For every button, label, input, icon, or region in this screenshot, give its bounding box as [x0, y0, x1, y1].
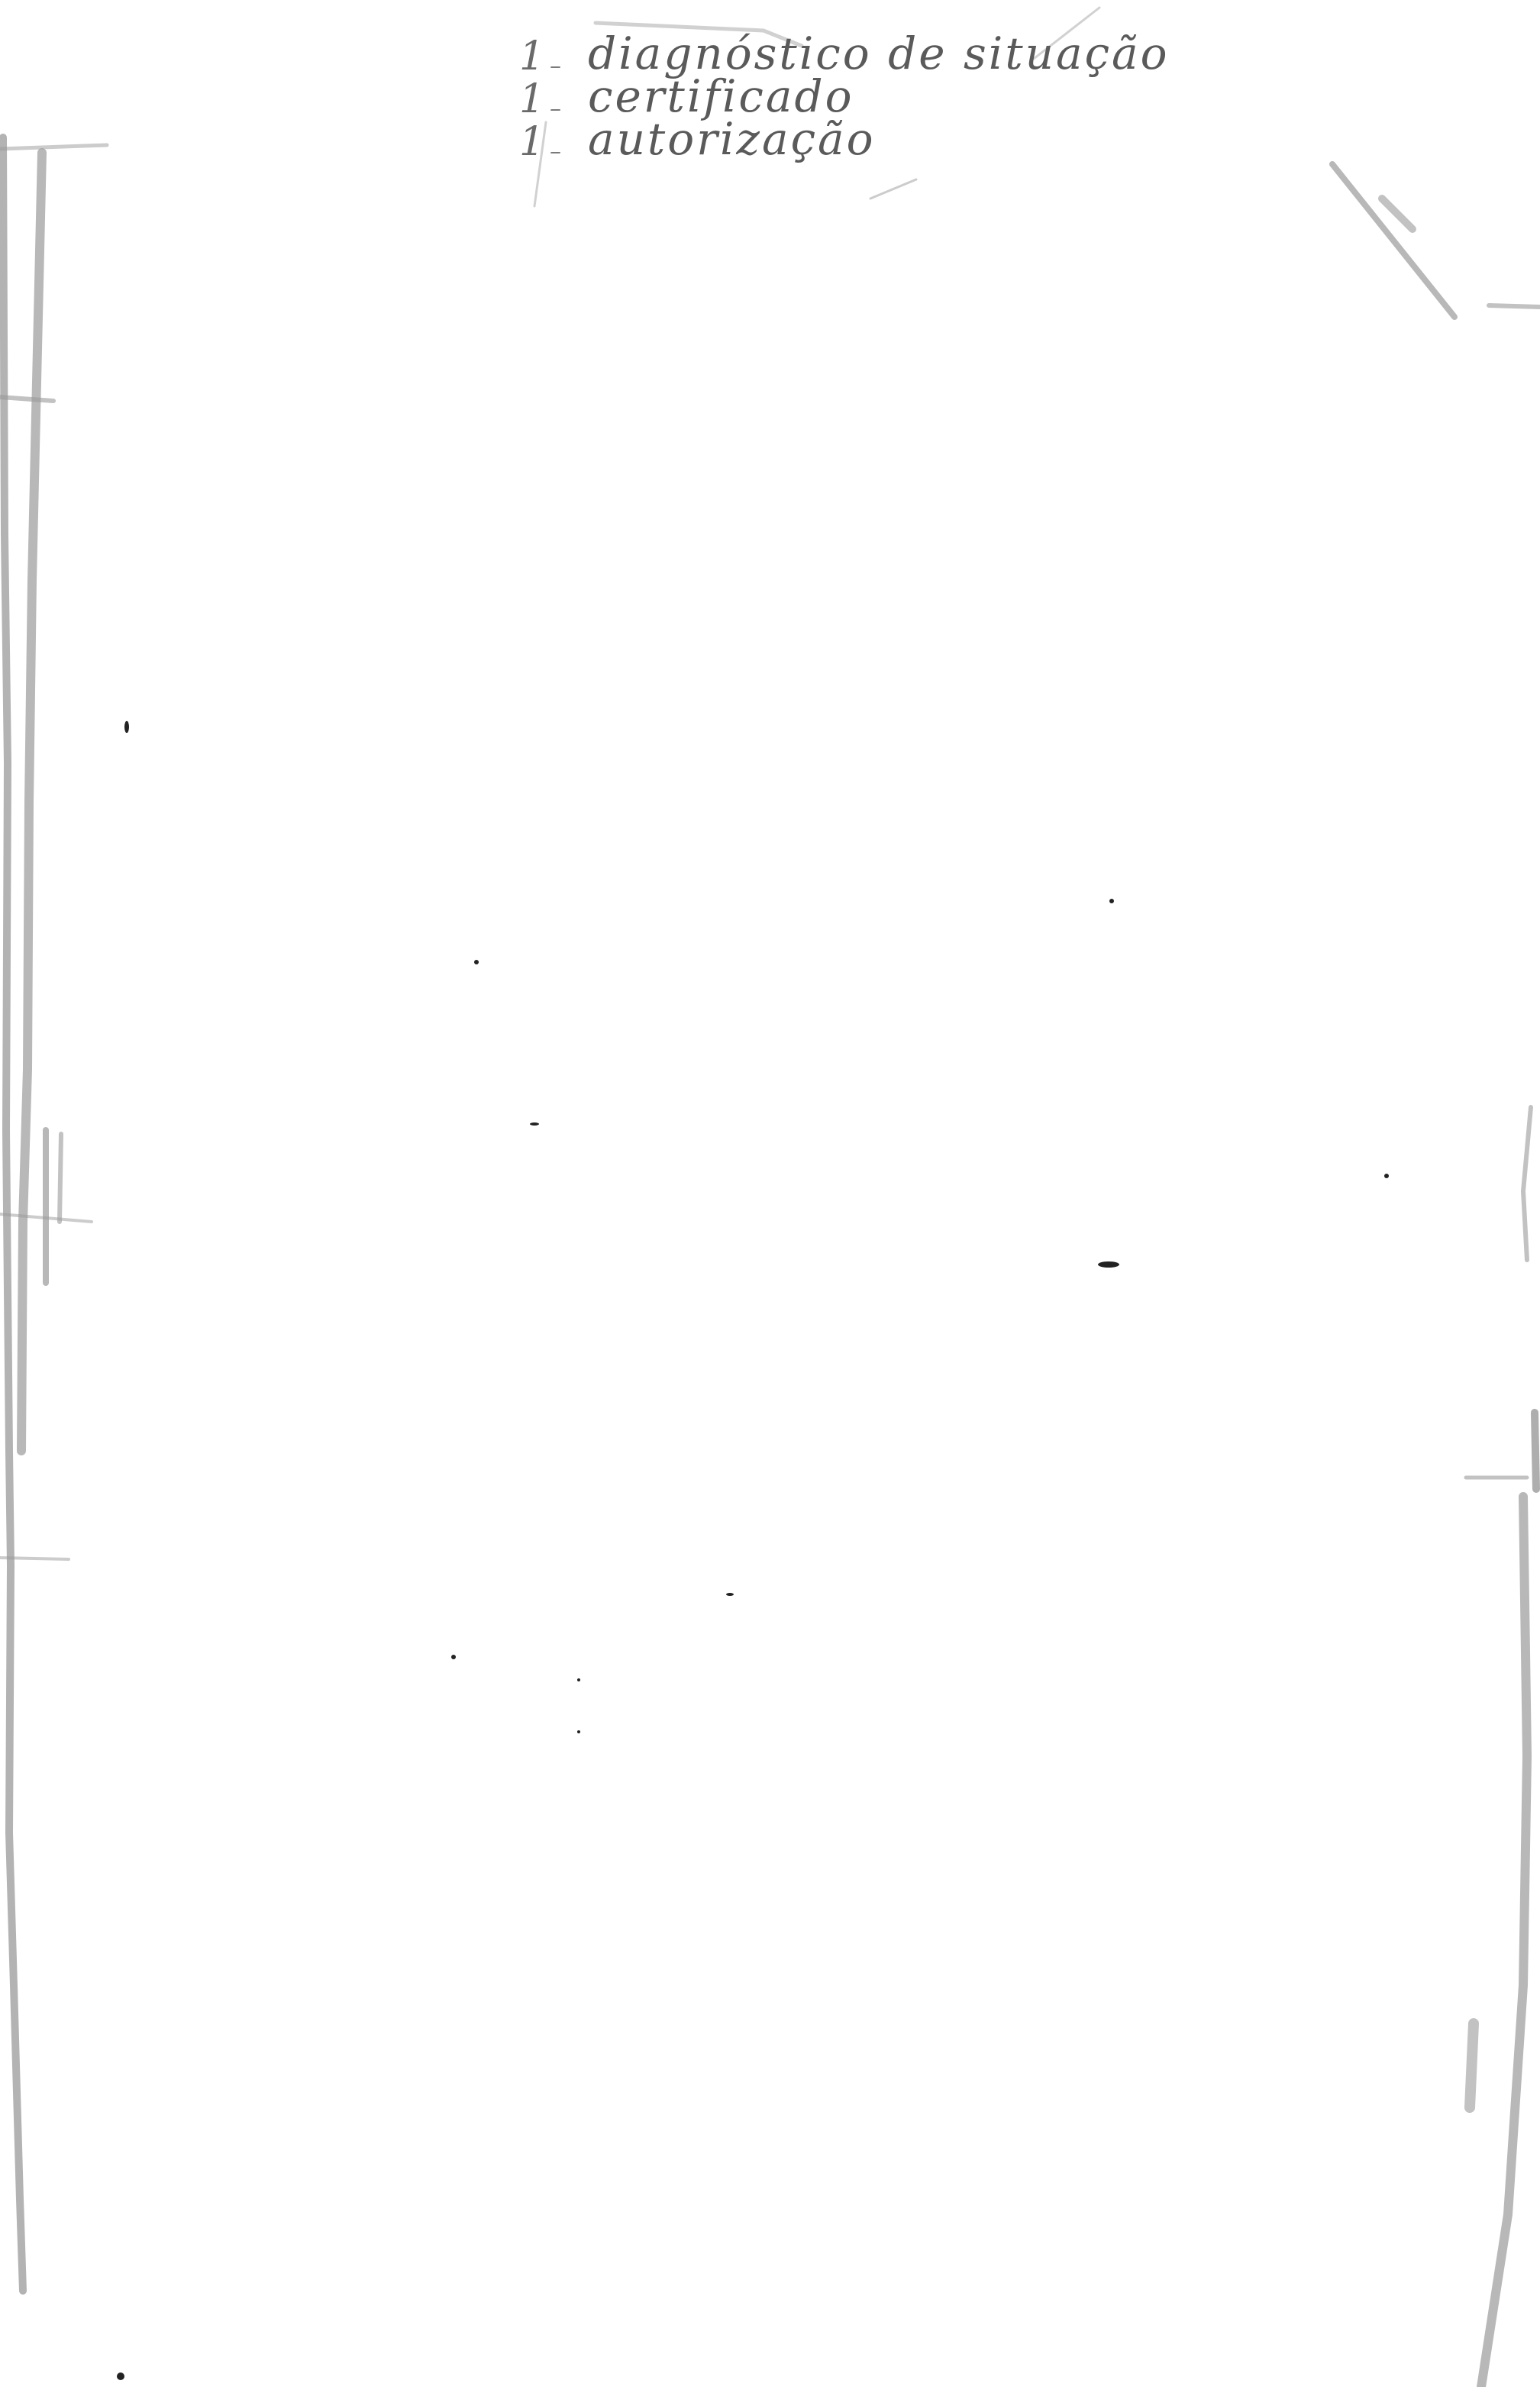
item-quantity: 1 — [519, 76, 550, 122]
item-text: autorização — [588, 113, 876, 165]
list-item: 1 – autorização — [519, 122, 1206, 165]
item-separator: – — [550, 95, 588, 122]
item-separator: – — [550, 53, 588, 79]
scan-edge-marks — [0, 0, 1540, 2387]
handwritten-list: 1 – diagnóstico de situação 1 – certific… — [519, 15, 1206, 165]
scanned-page: 1 – diagnóstico de situação 1 – certific… — [0, 0, 1540, 2387]
item-separator: – — [550, 138, 588, 165]
item-quantity: 1 — [519, 119, 550, 165]
item-quantity: 1 — [519, 34, 550, 79]
